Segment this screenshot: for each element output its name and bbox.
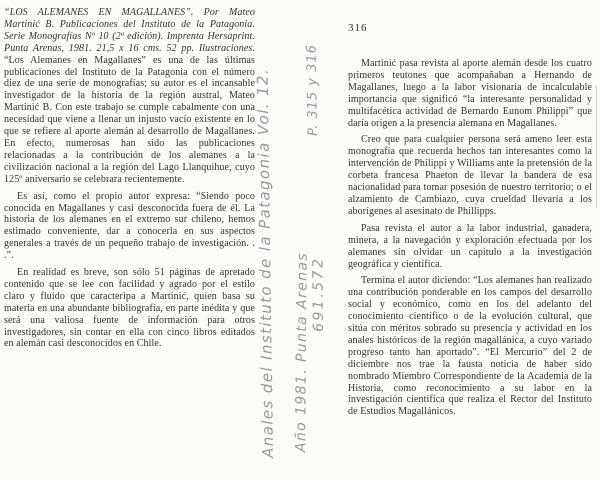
scanned-document-page: “LOS ALEMANES EN MAGALLANES”. Por Mateo … (0, 0, 600, 480)
handwritten-year-place-annotation: Año 1981. Punta Arenas (294, 222, 310, 452)
page-number: 316 (348, 22, 368, 34)
handwritten-source-annotation: Anales del Instituto de la Patagonia Vol… (255, 26, 276, 458)
handwritten-call-number-annotation: 691.572 (311, 242, 326, 332)
review-paragraph: Martinić pasa revista al aporte alemán d… (348, 58, 592, 129)
left-text-column: “LOS ALEMANES EN MAGALLANES”. Por Mateo … (4, 7, 255, 350)
review-paragraph: Pasa revista el autor a la labor industr… (348, 223, 592, 271)
scan-edge-artifact (596, 86, 597, 208)
paragraph-1-body: “Los Alemanes en Magallanes” es una de l… (4, 55, 255, 185)
review-paragraph-bibliographic: “LOS ALEMANES EN MAGALLANES”. Por Mateo … (4, 7, 255, 186)
review-paragraph: En realidad es breve, son sólo 51 página… (4, 267, 255, 350)
bibliographic-heading: “LOS ALEMANES EN MAGALLANES”. Por Mateo … (4, 7, 255, 54)
right-text-column: Martinić pasa revista al aporte alemán d… (348, 58, 592, 418)
review-paragraph: Termina el autor diciendo: “Los alemanes… (348, 275, 592, 418)
review-paragraph: Es así, como el propio autor expresa: “S… (4, 191, 255, 262)
review-paragraph: Creo que para cualquier persona será ame… (348, 134, 592, 217)
handwritten-pages-annotation: P. 315 y 316 (305, 24, 320, 136)
